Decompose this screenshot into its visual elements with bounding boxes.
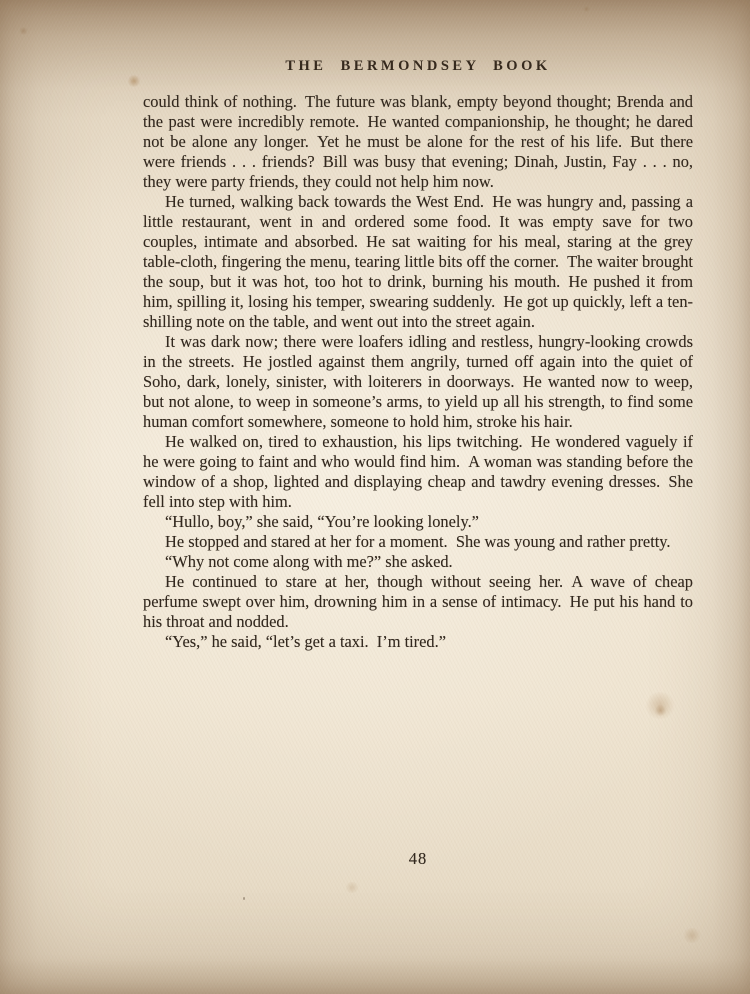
paragraph-6: He stopped and stared at her for a momen… [143,532,693,552]
book-page: THE BERMONDSEY BOOK could think of nothi… [0,0,750,994]
paragraph-1: could think of nothing. The future was b… [143,92,693,192]
paragraph-4: He walked on, tired to exhaustion, his l… [143,432,693,512]
paragraph-9-dialogue: “Yes,” he said, “let’s get a taxi. I’m t… [143,632,693,652]
body-text: could think of nothing. The future was b… [143,92,693,652]
running-head-title: THE BERMONDSEY BOOK [143,58,693,75]
paragraph-2: He turned, walking back towards the West… [143,192,693,332]
paragraph-7-dialogue: “Why not come along with me?” she asked. [143,552,693,572]
paragraph-3: It was dark now; there were loafers idli… [143,332,693,432]
paragraph-8: He continued to stare at her, though wit… [143,572,693,632]
paragraph-5-dialogue: “Hullo, boy,” she said, “You’re looking … [143,512,693,532]
page-content: THE BERMONDSEY BOOK could think of nothi… [143,0,693,994]
paper-stain [127,75,141,87]
page-number: 48 [143,849,693,869]
paper-stain [19,27,28,35]
